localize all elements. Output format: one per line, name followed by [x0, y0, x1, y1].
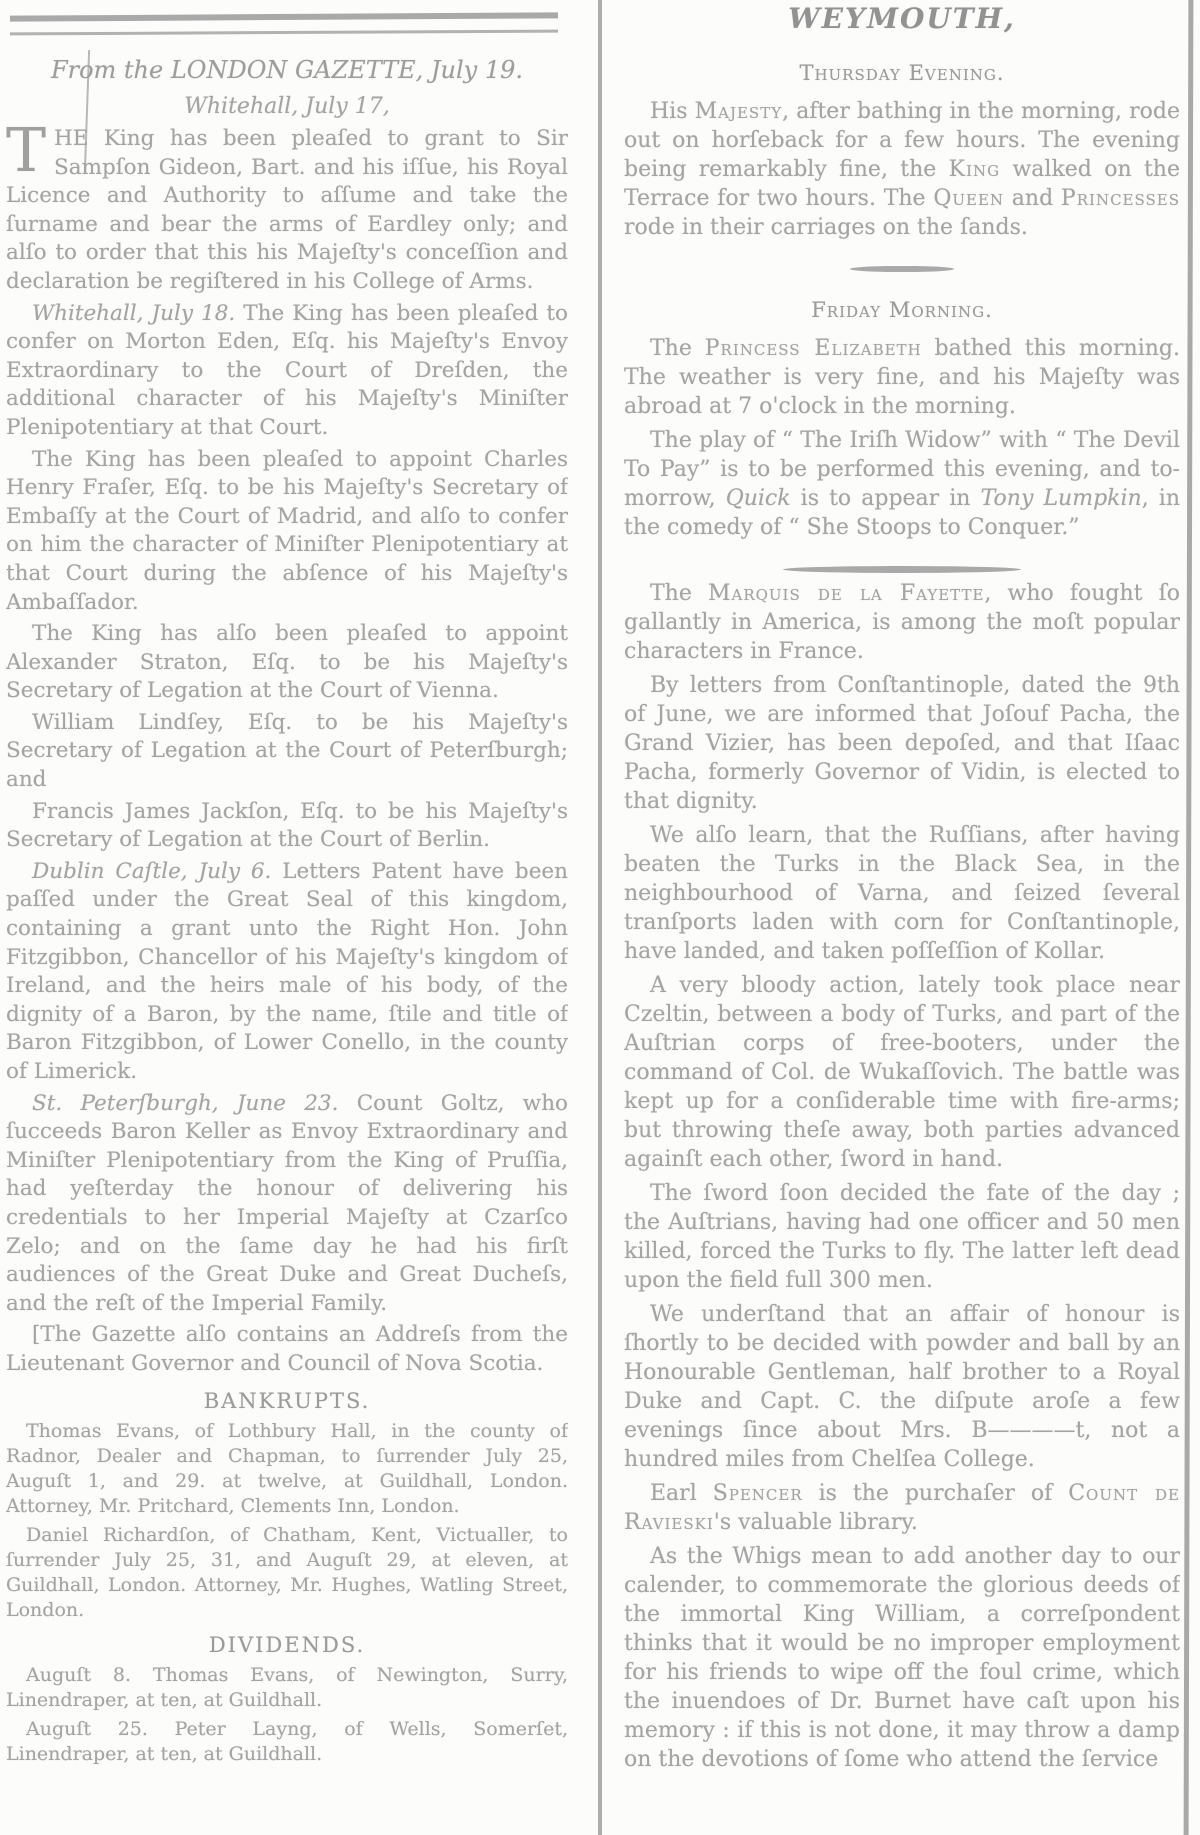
gazette-header: From the LONDON GAZETTE, July 19. — [6, 56, 568, 84]
article-paragraph: The King has alſo been pleaſed to appoin… — [6, 620, 568, 706]
text-segment: As the Whigs mean to add another day to … — [624, 1544, 1180, 1772]
article-paragraph: The King has been pleaſed to appoint Cha… — [6, 446, 568, 618]
text-segment: Spencer — [713, 1481, 803, 1506]
text-segment: Daniel Richardſon, of Chatham, Kent, Vic… — [6, 1524, 568, 1621]
article-paragraph: William Lindſey, Eſq. to be his Majeſty'… — [6, 709, 568, 795]
text-segment: The — [650, 336, 705, 361]
thursday-evening-heading: Thursday Evening. — [624, 61, 1180, 85]
section-divider-short — [850, 266, 954, 272]
text-segment: Princesses — [1061, 186, 1180, 211]
text-segment: Letters Patent have been paſſed under th… — [6, 859, 568, 1084]
text-segment: is the purchaſer of — [803, 1481, 1069, 1506]
text-segment: Earl — [650, 1481, 713, 1506]
text-segment: BANKRUPTS. — [204, 1389, 371, 1413]
text-segment: The King has alſo been pleaſed to appoin… — [6, 621, 568, 703]
article-paragraph: [The Gazette alſo contains an Addreſs fr… — [6, 1321, 568, 1378]
text-segment: Francis James Jackſon, Eſq. to be his Ma… — [6, 799, 568, 853]
article-paragraph: THE King has been pleaſed to grant to Si… — [6, 125, 568, 297]
dividend-entry: Auguſt 8. Thomas Evans, of Newington, Su… — [6, 1663, 568, 1713]
article-paragraph: The ſword ſoon decided the fate of the d… — [624, 1179, 1180, 1295]
article-paragraph: As the Whigs mean to add another day to … — [624, 1542, 1180, 1774]
text-segment: Auguſt 25. Peter Layng, of Wells, Somerſ… — [6, 1718, 568, 1765]
bankrupt-entry: Daniel Richardſon, of Chatham, Kent, Vic… — [6, 1523, 568, 1623]
text-segment: Thursday Evening. — [799, 61, 1004, 85]
article-paragraph: A very bloody action, lately took place … — [624, 971, 1180, 1174]
text-segment: The King has been pleaſed to appoint Cha… — [6, 447, 568, 615]
article-paragraph: His Majesty, after bathing in the mornin… — [624, 97, 1180, 242]
article-paragraph: St. Peterſburgh, June 23. Count Goltz, w… — [6, 1090, 568, 1319]
article-paragraph: We underſtand that an affair of honour i… — [624, 1300, 1180, 1474]
text-segment: The ſword ſoon decided the fate of the d… — [624, 1181, 1180, 1293]
text-segment: Whitehall, July 17, — [184, 94, 389, 119]
article-paragraph: Francis James Jackſon, Eſq. to be his Ma… — [6, 798, 568, 855]
left-column: From the LONDON GAZETTE, July 19.Whiteha… — [6, 0, 568, 1835]
text-segment: Marquis de la Fayette — [708, 581, 984, 606]
section-divider-swelled — [783, 566, 1021, 573]
article-paragraph: The Princess Elizabeth bathed this morni… — [624, 334, 1180, 421]
right-edge-rule — [1184, 0, 1194, 1835]
text-segment: Thomas Evans, of Lothbury Hall, in the c… — [6, 1420, 568, 1517]
drop-cap: T — [6, 125, 54, 174]
text-segment: By letters from Conſtantinople, dated th… — [624, 673, 1180, 814]
text-segment: We alſo learn, that the Ruſſians, after … — [624, 823, 1180, 964]
text-segment: Friday Morning. — [811, 298, 993, 322]
whitehall-dateline: Whitehall, July 17, — [6, 94, 568, 119]
text-segment: His — [650, 99, 695, 124]
bankrupts-heading: BANKRUPTS. — [6, 1389, 568, 1413]
text-segment: Quick — [726, 486, 791, 511]
text-segment: Majesty — [695, 99, 783, 124]
article-paragraph: Earl Spencer is the purchaſer of Count d… — [624, 1479, 1180, 1537]
text-segment: rode in their carriages on the ſands. — [624, 215, 1028, 240]
text-segment: HE King has been pleaſed to grant to Sir… — [6, 126, 568, 294]
article-paragraph: The Marquis de la Fayette, who fought ſo… — [624, 579, 1180, 666]
article-paragraph: We alſo learn, that the Ruſſians, after … — [624, 821, 1180, 966]
text-segment: Dublin Caſtle, July 6. — [32, 859, 271, 884]
text-segment: A very bloody action, lately took place … — [624, 973, 1180, 1172]
column-divider-rule — [598, 0, 602, 1835]
text-segment: Princess Elizabeth — [705, 336, 922, 361]
bankrupt-entry: Thomas Evans, of Lothbury Hall, in the c… — [6, 1419, 568, 1519]
right-column: WEYMOUTH,Thursday Evening.His Majesty, a… — [624, 0, 1180, 1835]
text-segment: We underſtand that an affair of honour i… — [624, 1302, 1180, 1472]
text-segment: William Lindſey, Eſq. to be his Majeſty'… — [6, 710, 568, 792]
text-segment: From the LONDON GAZETTE, July 19. — [51, 56, 523, 84]
text-segment: 's valuable library. — [714, 1510, 918, 1535]
article-paragraph: The play of “ The Iriſh Widow” with “ Th… — [624, 426, 1180, 542]
weymouth-title: WEYMOUTH, — [624, 2, 1180, 35]
text-segment: WEYMOUTH, — [788, 2, 1016, 35]
text-segment: and — [1004, 186, 1061, 211]
text-segment: Queen — [933, 186, 1004, 211]
article-paragraph: By letters from Conſtantinople, dated th… — [624, 671, 1180, 816]
text-segment: King — [949, 157, 1000, 182]
text-segment: Whitehall, July 18. — [32, 301, 235, 326]
article-paragraph: Whitehall, July 18. The King has been pl… — [6, 300, 568, 443]
article-paragraph: Dublin Caſtle, July 6. Letters Patent ha… — [6, 858, 568, 1087]
text-segment: is to appear in — [791, 486, 981, 511]
dividends-heading: DIVIDENDS. — [6, 1633, 568, 1657]
text-segment: Count Goltz, who ſucceeds Baron Keller a… — [6, 1091, 568, 1316]
text-segment: Tony Lumpkin — [981, 486, 1142, 511]
friday-morning-heading: Friday Morning. — [624, 298, 1180, 322]
text-segment: [The Gazette alſo contains an Addreſs fr… — [6, 1322, 568, 1376]
text-segment: DIVIDENDS. — [209, 1633, 365, 1657]
newspaper-page: From the LONDON GAZETTE, July 19.Whiteha… — [0, 0, 1200, 1835]
text-segment: St. Peterſburgh, June 23. — [32, 1091, 338, 1116]
text-segment: Auguſt 8. Thomas Evans, of Newington, Su… — [6, 1664, 568, 1711]
dividend-entry: Auguſt 25. Peter Layng, of Wells, Somerſ… — [6, 1717, 568, 1767]
text-segment: The — [650, 581, 708, 606]
